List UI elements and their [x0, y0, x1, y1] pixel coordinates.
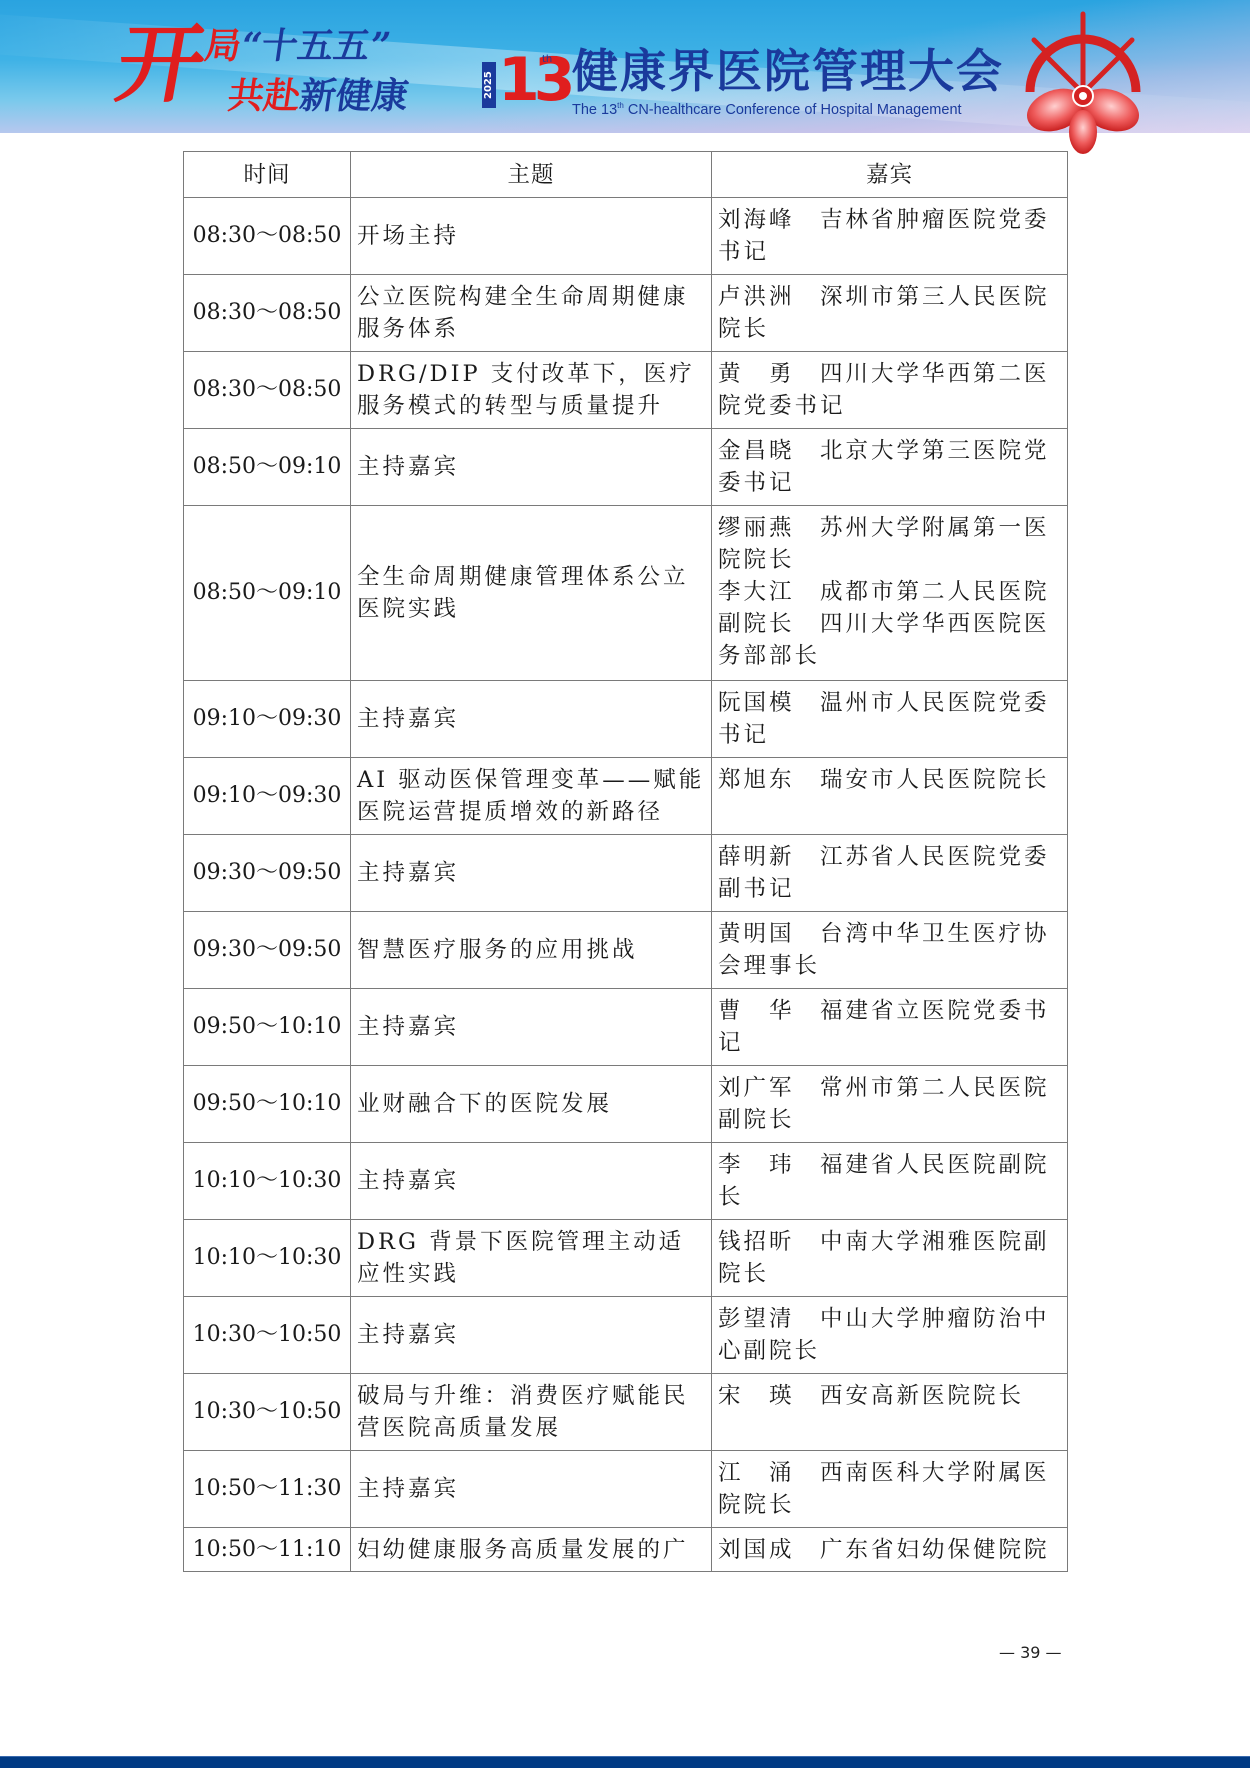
guest-cell: 卢洪洲 深圳市第三人民医院院长 — [712, 275, 1068, 352]
time-cell: 08:30～08:50 — [184, 352, 351, 429]
table-row: 09:50～10:10 业财融合下的医院发展 刘广军 常州市第二人民医院副院长 — [184, 1066, 1068, 1143]
topic-cell: 破局与升维：消费医疗赋能民营医院高质量发展 — [351, 1374, 712, 1451]
topic-cell: 主持嘉宾 — [351, 681, 712, 758]
guest-cell: 金昌晓 北京大学第三医院党委书记 — [712, 429, 1068, 506]
slogan-line2-blue: 新健康 — [297, 75, 411, 117]
topic-cell: 主持嘉宾 — [351, 429, 712, 506]
guest-cell: 宋 瑛 西安高新医院院长 — [712, 1374, 1068, 1451]
guest-cell: 彭望清 中山大学肿瘤防治中心副院长 — [712, 1297, 1068, 1374]
table-row: 10:30～10:50 主持嘉宾 彭望清 中山大学肿瘤防治中心副院长 — [184, 1297, 1068, 1374]
agenda-table: 时间 主题 嘉宾 08:30～08:50 开场主持 刘海峰 吉林省肿瘤医院党委书… — [183, 151, 1068, 1572]
table-row: 10:10～10:30 主持嘉宾 李 玮 福建省人民医院副院长 — [184, 1143, 1068, 1220]
time-cell: 08:50～09:10 — [184, 429, 351, 506]
guest-cell: 刘广军 常州市第二人民医院副院长 — [712, 1066, 1068, 1143]
table-row: 08:30～08:50 DRG/DIP 支付改革下，医疗服务模式的转型与质量提升… — [184, 352, 1068, 429]
time-cell: 09:50～10:10 — [184, 989, 351, 1066]
table-row: 09:10～09:30 AI 驱动医保管理变革——赋能医院运营提质增效的新路径 … — [184, 758, 1068, 835]
topic-cell: 业财融合下的医院发展 — [351, 1066, 712, 1143]
time-cell: 10:30～10:50 — [184, 1297, 351, 1374]
guest-cell: 阮国模 温州市人民医院党委书记 — [712, 681, 1068, 758]
topic-cell: 主持嘉宾 — [351, 1297, 712, 1374]
header-topic: 主题 — [351, 152, 712, 198]
time-cell: 09:30～09:50 — [184, 912, 351, 989]
logo-year: 2025 — [482, 62, 496, 108]
header-time: 时间 — [184, 152, 351, 198]
13th-logo: 2025 13 th — [482, 56, 548, 112]
table-row: 10:50～11:30 主持嘉宾 江 涌 西南医科大学附属医院院长 — [184, 1451, 1068, 1528]
slogan-line-2: 共赴新健康 — [225, 78, 410, 114]
topic-cell: 主持嘉宾 — [351, 1143, 712, 1220]
guest-cell: 薛明新 江苏省人民医院党委副书记 — [712, 835, 1068, 912]
table-row: 10:50～11:10 妇幼健康服务高质量发展的广 刘国成 广东省妇幼保健院院 — [184, 1528, 1068, 1572]
guest-cell: 刘国成 广东省妇幼保健院院 — [712, 1528, 1068, 1572]
time-cell: 09:10～09:30 — [184, 758, 351, 835]
guest-cell: 李 玮 福建省人民医院副院长 — [712, 1143, 1068, 1220]
time-cell: 10:50～11:30 — [184, 1451, 351, 1528]
time-cell: 10:50～11:10 — [184, 1528, 351, 1572]
time-cell: 10:10～10:30 — [184, 1220, 351, 1297]
logo-number: 13 — [498, 50, 570, 110]
footer-bar — [0, 1756, 1250, 1768]
ship-wheel-emblem-icon — [1018, 10, 1148, 155]
table-row: 09:30～09:50 主持嘉宾 薛明新 江苏省人民医院党委副书记 — [184, 835, 1068, 912]
topic-cell: 主持嘉宾 — [351, 989, 712, 1066]
guest-cell: 黄 勇 四川大学华西第二医院党委书记 — [712, 352, 1068, 429]
guest-cell: 缪丽燕 苏州大学附属第一医院院长 李大江 成都市第二人民医院副院长 四川大学华西… — [712, 506, 1068, 681]
topic-cell: DRG 背景下医院管理主动适应性实践 — [351, 1220, 712, 1297]
time-cell: 10:10～10:30 — [184, 1143, 351, 1220]
topic-cell: 主持嘉宾 — [351, 1451, 712, 1528]
conference-title: 健康界医院管理大会 — [572, 48, 1004, 94]
subtitle-prefix: The 13 — [572, 102, 617, 118]
time-cell: 09:30～09:50 — [184, 835, 351, 912]
slogan-line-1: 局“十五五” — [202, 28, 392, 64]
time-cell: 09:50～10:10 — [184, 1066, 351, 1143]
table-row: 09:50～10:10 主持嘉宾 曹 华 福建省立医院党委书记 — [184, 989, 1068, 1066]
slogan-line1-quote: “十五五” — [238, 25, 393, 67]
guest-entry: 缪丽燕 苏州大学附属第一医院院长 — [718, 512, 1061, 576]
guest-cell: 刘海峰 吉林省肿瘤医院党委书记 — [712, 198, 1068, 275]
table-row: 08:30～08:50 开场主持 刘海峰 吉林省肿瘤医院党委书记 — [184, 198, 1068, 275]
guest-entry: 李大江 成都市第二人民医院副院长 四川大学华西医院医务部部长 — [718, 576, 1061, 672]
time-cell: 08:30～08:50 — [184, 198, 351, 275]
table-row: 09:30～09:50 智慧医疗服务的应用挑战 黄明国 台湾中华卫生医疗协会理事… — [184, 912, 1068, 989]
table-row: 08:50～09:10 全生命周期健康管理体系公立医院实践 缪丽燕 苏州大学附属… — [184, 506, 1068, 681]
time-cell: 08:50～09:10 — [184, 506, 351, 681]
guest-cell: 曹 华 福建省立医院党委书记 — [712, 989, 1068, 1066]
slogan-big-char: 开 — [110, 22, 211, 108]
topic-cell: 智慧医疗服务的应用挑战 — [351, 912, 712, 989]
topic-cell: 主持嘉宾 — [351, 835, 712, 912]
time-cell: 09:10～09:30 — [184, 681, 351, 758]
guest-cell: 江 涌 西南医科大学附属医院院长 — [712, 1451, 1068, 1528]
table-row: 10:30～10:50 破局与升维：消费医疗赋能民营医院高质量发展 宋 瑛 西安… — [184, 1374, 1068, 1451]
table-header-row: 时间 主题 嘉宾 — [184, 152, 1068, 198]
slogan-line2-red: 共赴 — [225, 75, 303, 117]
subtitle-sup: th — [617, 101, 624, 110]
logo-suffix: th — [542, 54, 552, 65]
guest-cell: 钱招昕 中南大学湘雅医院副院长 — [712, 1220, 1068, 1297]
topic-cell: 全生命周期健康管理体系公立医院实践 — [351, 506, 712, 681]
table-row: 08:30～08:50 公立医院构建全生命周期健康服务体系 卢洪洲 深圳市第三人… — [184, 275, 1068, 352]
table-row: 10:10～10:30 DRG 背景下医院管理主动适应性实践 钱招昕 中南大学湘… — [184, 1220, 1068, 1297]
table-row: 08:50～09:10 主持嘉宾 金昌晓 北京大学第三医院党委书记 — [184, 429, 1068, 506]
topic-cell: 开场主持 — [351, 198, 712, 275]
topic-cell: 公立医院构建全生命周期健康服务体系 — [351, 275, 712, 352]
subtitle-rest: CN-healthcare Conference of Hospital Man… — [624, 102, 962, 118]
guest-cell: 郑旭东 瑞安市人民医院院长 — [712, 758, 1068, 835]
slogan-line1-prefix: 局 — [202, 25, 244, 67]
topic-cell: AI 驱动医保管理变革——赋能医院运营提质增效的新路径 — [351, 758, 712, 835]
table-row: 09:10～09:30 主持嘉宾 阮国模 温州市人民医院党委书记 — [184, 681, 1068, 758]
topic-cell: DRG/DIP 支付改革下，医疗服务模式的转型与质量提升 — [351, 352, 712, 429]
guest-cell: 黄明国 台湾中华卫生医疗协会理事长 — [712, 912, 1068, 989]
time-cell: 10:30～10:50 — [184, 1374, 351, 1451]
conference-subtitle: The 13th CN-healthcare Conference of Hos… — [572, 102, 962, 117]
page-number: — 39 — — [999, 1643, 1062, 1662]
time-cell: 08:30～08:50 — [184, 275, 351, 352]
topic-cell: 妇幼健康服务高质量发展的广 — [351, 1528, 712, 1572]
header-guest: 嘉宾 — [712, 152, 1068, 198]
